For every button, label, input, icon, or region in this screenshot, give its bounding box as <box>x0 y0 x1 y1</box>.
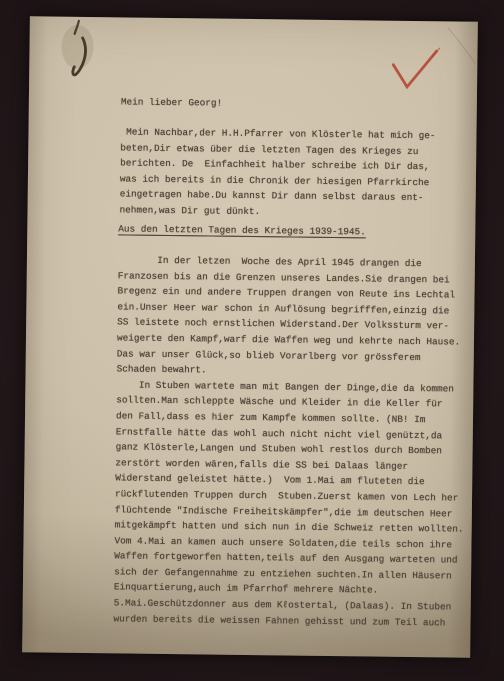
red-checkmark-tail <box>432 48 439 56</box>
smudge-halo <box>61 25 94 69</box>
intro-paragraph: Mein Nachbar,der H.H.Pfarrer von Klöster… <box>119 124 435 221</box>
red-checkmark <box>393 51 436 88</box>
text-line: wurden bereits die weissen Fahnen gehiss… <box>113 611 462 631</box>
greeting-line: Mein lieber Georg! <box>121 94 222 111</box>
letter-page: Mein lieber Georg! Mein Nachbar,der H.H.… <box>22 16 478 657</box>
scan-background: { "letter": { "greeting": "Mein lieber G… <box>0 0 504 681</box>
body-paragraphs: In der letzen Woche des April 1945 drang… <box>113 252 466 630</box>
ink-smudge-mark <box>75 21 79 34</box>
section-heading: Aus den letzten Tagen des Krieges 1939-1… <box>118 221 366 240</box>
scratch-mark <box>447 27 475 63</box>
ink-smudge-mark-hook <box>73 38 86 75</box>
